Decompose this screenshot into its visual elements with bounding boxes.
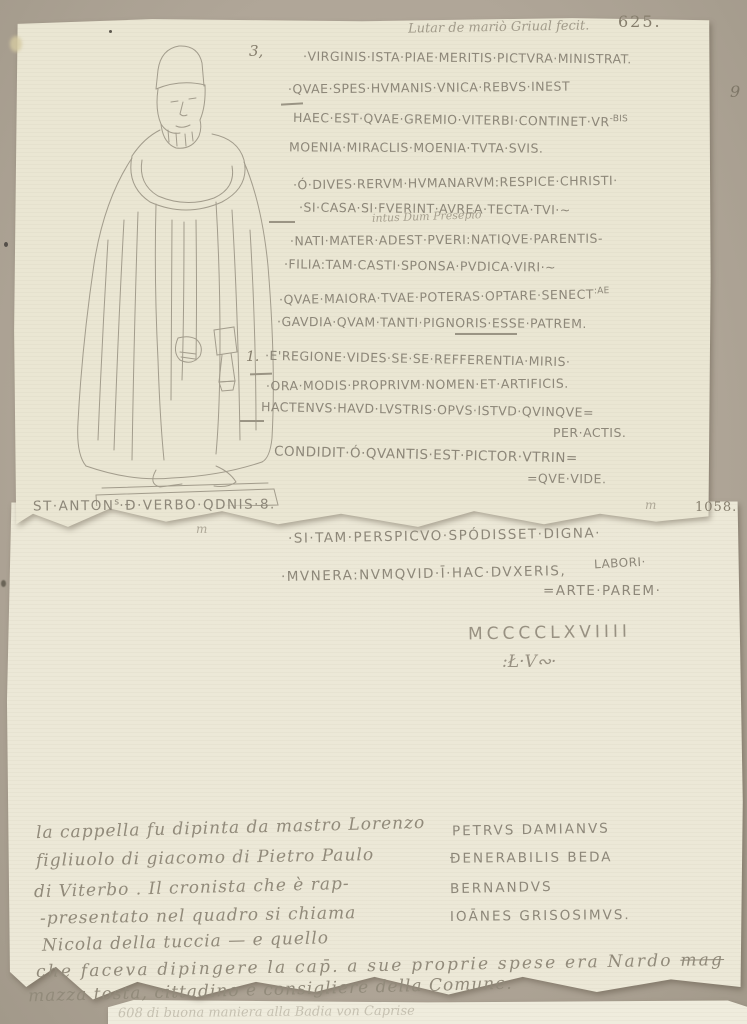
- figure-number-mark: 3,: [249, 42, 263, 60]
- latin-line-7: ·NATI·MATER·ADEST·PVERI:NATIQVE·PARENTIS…: [290, 231, 603, 249]
- latin-line-9-superscript: :AE: [594, 286, 610, 296]
- saint-label-post: ·Ð·VERBO·QDNIS·8.: [119, 496, 276, 513]
- squiggle-mark-b: m: [196, 522, 207, 536]
- latin-line-8: ·FILIA:TAM·CASTI·SPONSA·PVDICA·VIRI·~: [284, 256, 556, 274]
- content-layer: Lutar de mariò Griual fecit. 625. 3, ·VI…: [0, 0, 747, 1024]
- pencil-dash: [240, 420, 264, 422]
- latin-line-3-text: HAEC·EST·QVAE·GREMIO·VITERBI·CONTINET·VR: [293, 110, 610, 129]
- italian-note-line-3: di Viterbo . Il cronista che è rap-: [34, 874, 350, 902]
- latin-line-14b: =QVE·VIDE.: [527, 471, 607, 487]
- saint-name-label: ST·ANTONs·Ð·VERBO·QDNIS·8.: [33, 496, 276, 515]
- italian-note-line-4: -presentato nel quadro si chiama: [40, 903, 357, 929]
- mount-edge-mark: 9: [730, 82, 740, 101]
- saint-figure-sketch: [68, 40, 298, 506]
- italian-note-line-5: Nicola della tuccia — e quello: [42, 928, 330, 956]
- manuscript-scan: Lutar de mariò Griual fecit. 625. 3, ·VI…: [0, 0, 747, 1024]
- top-cursive-annotation: Lutar de mariò Griual fecit.: [408, 18, 590, 36]
- roman-date: MCCCCLXVIIII: [468, 622, 631, 645]
- latin-line-13: HACTENVS·HAVD·LVSTRIS·OPVS·ISTVD·QVINQVE…: [261, 399, 594, 420]
- latin-line-3: HAEC·EST·QVAE·GREMIO·VITERBI·CONTINET·VR…: [293, 110, 628, 130]
- dark-speck: [109, 30, 112, 33]
- latin-line-16b: =ARTE·PAREM·: [543, 583, 661, 599]
- latin-line-16: ·MVNERA:NVMQVID·Ī·HAC·DVXERIS,: [281, 563, 567, 585]
- latin-line-11: ·E'REGIONE·VIDES·SE·SE·REFFERENTIA·MIRIS…: [265, 348, 571, 369]
- latin-line-13b: PER·ACTIS.: [553, 425, 626, 440]
- name-bernandus: BERNANDVS: [450, 879, 553, 897]
- name-petrus-damianus: PETRVS DAMIANVS: [452, 821, 610, 840]
- latin-line-14: CONDIDIT·Ó·QVANTIS·EST·PICTOR·VTRIN=: [274, 444, 578, 467]
- interline-cursive-note: intus Dum Presepio: [372, 208, 482, 225]
- latin-line-15: ·SI·TAM·PERSPICVO·SPÓDISSET·DIGNA·: [288, 525, 601, 546]
- catalog-number: 625.: [618, 12, 662, 31]
- italian-note-line-1: la cappella fu dipinta da mastro Lorenzo: [36, 813, 426, 843]
- saint-label-pre: ST·ANTON: [33, 498, 115, 515]
- name-ioanes-grisosimus: IOĀNES GRISOSIMVS.: [450, 907, 631, 925]
- latin-line-2: ·QVAE·SPES·HVMANIS·VNICA·REBVS·INEST: [288, 79, 570, 97]
- dark-speck: [4, 242, 8, 247]
- latin-labori-superline: LABORI·: [594, 555, 646, 572]
- squiggle-mark-a: m: [645, 498, 656, 512]
- latin-line-9: ·QVAE·MAIORA·TVAE·POTERAS·OPTARE·SENECT:…: [279, 286, 610, 307]
- latin-line-4: MOENIA·MIRACLIS·MOENIA·TVTA·SVIS.: [289, 139, 543, 155]
- dark-speck: [1, 580, 6, 587]
- name-venerabilis-beda: ÐENERABILIS BEDA: [450, 849, 613, 866]
- strip-note: 608 di buona maniera alla Badia von Capr…: [118, 1004, 415, 1022]
- italian-note-line-2: figliuolo di giacomo di Pietro Paulo: [36, 845, 374, 871]
- paper-stain: [10, 36, 22, 52]
- italian-note-struck-word: mag: [680, 950, 724, 971]
- pencil-dash: [269, 221, 295, 223]
- folio-number: 1058.: [695, 500, 737, 515]
- latin-line-10: ·GAVDIA·QVAM·TANTI·PIGNORIS·ESSE·PATREM.: [277, 314, 587, 331]
- latin-line-3-superscript: -BIS: [610, 114, 628, 124]
- pencil-underline: [455, 333, 517, 335]
- latin-line-12: ·ORA·MODIS·PROPRIVM·NOMEN·ET·ARTIFICIS.: [266, 376, 569, 394]
- latin-line-5: ·Ó·DIVES·RERVM·HVMANARVM:RESPICE·CHRISTI…: [293, 173, 618, 193]
- latin-line-1: ·VIRGINIS·ISTA·PIAE·MERITIS·PICTVRA·MINI…: [303, 49, 632, 67]
- section-number-mark: 1.: [246, 349, 259, 365]
- latin-line-9-text: ·QVAE·MAIORA·TVAE·POTERAS·OPTARE·SENECT: [279, 287, 594, 307]
- artist-monogram: :Ł·V∾·: [502, 652, 556, 672]
